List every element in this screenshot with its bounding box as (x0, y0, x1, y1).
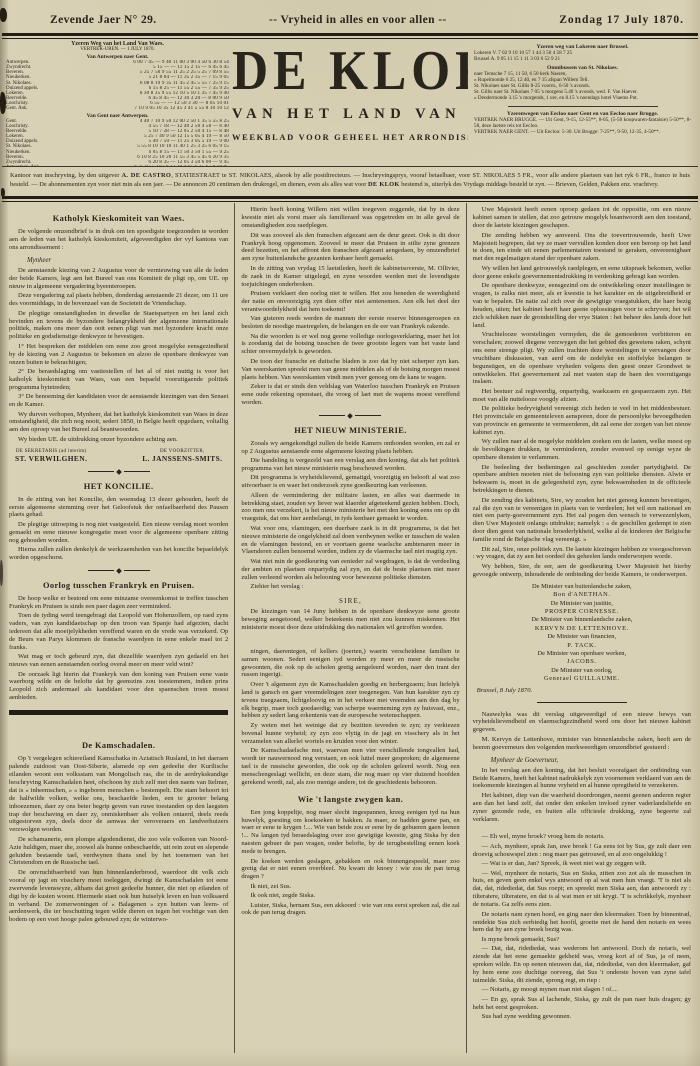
paragraph: Zooals wy aengekondigd zullen de beide K… (241, 440, 459, 456)
paragraph: De openbare denkwyze, eensgezind om de o… (473, 282, 691, 329)
paragraph: Op 't vergelegen schiereiland Kamschatka… (9, 755, 228, 834)
paragraph: M. Kervyn de Lettenhove, minister van bi… (473, 736, 691, 752)
minister-role: De Minister van binnenlandsche zaken, (473, 616, 691, 624)
paragraph: Wy willen het land getrouwelyk raedplege… (473, 265, 691, 281)
paragraph: 1° Het bespreken der middelen om eene zo… (9, 343, 228, 367)
paragraph: De hoop welke er bestond om eene minzame… (9, 595, 228, 611)
masthead: DE KLOK VAN HET LAND VAN WAES. WEEKBLAD … (232, 39, 468, 166)
paragraph: Van gisteren reeds werden de mannen der … (241, 315, 459, 331)
paragraph: De zending des kabinets, Sire, wy zouden… (473, 497, 691, 544)
minister-role: De Minister van openbare werken, (473, 650, 691, 658)
scan-artifact (0, 8, 7, 22)
timetable-row: Antwerpen. Ank.6 35 8 55 10 50 12 20 4 0… (6, 165, 229, 166)
paragraph: Pruisen verklaert den oorlog niet te wil… (241, 290, 459, 314)
newspaper-subtitle: VAN HET LAND VAN WAES. (232, 106, 468, 123)
column-3: Uwe Majesteit heeft eenen oproep gedaen … (466, 203, 697, 1053)
timetable-times: 6 35 8 55 10 50 12 20 4 05 6 15 6 50 10 … (134, 165, 229, 166)
imprint-rule (2, 196, 698, 202)
paragraph: De aenstaende kiezing van 2 Augustus voo… (9, 267, 228, 291)
article-heading: HET KONCILIE. (9, 482, 228, 491)
paragraph: Wy zullen naer al de mogelyke middelen z… (473, 438, 691, 462)
signature-block: DE SEKRETARIS (ad interim)ST. VERWILGHEN… (15, 449, 222, 463)
paragraph: — Wat is er dan, Jan? Spreek, ik weet ni… (473, 860, 691, 868)
minister-name: PROSPER CORNESSE. (473, 608, 691, 616)
railway-timetable: Yzeren Weg van het Land Van Waes. VERTRE… (3, 39, 232, 166)
paragraph: Dit zal, Sire, onze politiek zyn. De lae… (473, 546, 691, 562)
paragraph: Ziehier het verslag : (241, 583, 459, 591)
issue-header: Zevende Jaer N° 29. -- Vryheid in alles … (0, 0, 700, 31)
paragraph: Uwe Majesteit heeft eenen oproep gedaen … (473, 206, 691, 230)
minister-role: De Minister van financien, (473, 633, 691, 641)
paragraph: De volgende omzendbrief is in druk om te… (9, 228, 228, 252)
paragraph: Sus had zyne wedding gewonnen. (473, 1013, 691, 1021)
article-heading: Oorlog tusschen Frankryk en Pruisen. (9, 581, 228, 590)
paragraph: Ik ook niet, zegde Siska. (241, 892, 459, 900)
signature-right: DE VOORZITTER,L. JANSSENS-SMITS. (142, 449, 222, 463)
paragraph: De schamanerie, een plompe afgodendienst… (9, 836, 228, 868)
imprint-segment: DE KLOK (368, 181, 400, 188)
paragraph: In de zitting van vrydag 15 laetstleden,… (241, 265, 459, 289)
salutation: Mynheer de Goeverneur, (491, 757, 691, 764)
paragraph: Wy hebben, Sire, de eer, aen de goedkeur… (473, 563, 691, 579)
info-line: Brussel A. 9 05 11 15 1 11 3 03 6 52 9 2… (474, 57, 691, 63)
paragraph: Hierin heeft koning Willem niet willen t… (241, 206, 459, 230)
paragraph: De toon der fransche en duitsche bladen … (241, 358, 459, 382)
paragraph: De bedeeling der bedieningen zal geschie… (473, 464, 691, 496)
newspaper-title: DE KLOK (232, 42, 468, 99)
transport-info: Yzeren weg van Lokeren naer Brussel. Lok… (468, 39, 697, 166)
paragraph: Na die woorden is er wel nog geene volle… (241, 333, 459, 357)
dateline: Brussel, 8 July 1870. (477, 687, 691, 694)
paragraph: Zeker is dat er sinds den veldslag van W… (241, 383, 459, 407)
paragraph: Luister, Siska, hernam Sus, een akkoord … (241, 902, 459, 918)
paragraph: Ik niet, zei Sus. (241, 883, 459, 891)
minister-role: De Minister van justitie, (473, 600, 691, 608)
paragraph: — Eh wel, myne broek? vroeg hem de notar… (473, 833, 691, 841)
paragraph: In de zitting van het Koncilie, den woen… (9, 496, 228, 520)
paragraph: Wy bieden UE. de uitdrukking onzer byzon… (9, 436, 228, 444)
imprint: Kantoor van inschryving, by den uitgever… (0, 167, 700, 194)
info-divider (508, 106, 658, 107)
timetable-down-rows: Antwerpen.6 00 7 45 — 9 40 11 00 3 00 4 … (6, 60, 229, 112)
timetable-subtitle: VERTREK-UREN. — 1 JULY 1870. (6, 47, 229, 53)
paragraph: — Dat, dat, ridediedat, was wederom het … (473, 945, 691, 985)
issue-number: Zevende Jaer N° 29. (50, 14, 157, 26)
timetable-row: Gent. Ank.7 10 9 05 10 35 12 45 3 41 5 5… (6, 106, 229, 111)
paragraph: — Wel, mynheer de notaris, Sus en Siska,… (473, 870, 691, 910)
ornament-divider (9, 470, 228, 474)
info-section-lines: naer Temsche 7 15, 11 50, 6 50 kerk Naer… (474, 72, 691, 102)
article-heading: HET NIEUW MINISTERIE. (241, 426, 459, 435)
paragraph: Dit was zooveel als den franschen afgeza… (241, 232, 459, 264)
newspaper-tagline: WEEKBLAD VOOR GEHEEL HET ARRONDISSEMENT. (232, 133, 468, 142)
paragraph: Over 't algemeen zyn de Kamschadalen goe… (241, 681, 459, 721)
paragraph: De oorzaek ligt hierin dat Frankryk van … (9, 671, 228, 703)
paragraph: De Kamschadaelsche mei, waervan men vier… (241, 747, 459, 787)
signature-left: DE SEKRETARIS (ad interim)ST. VERWILGHEN… (15, 449, 87, 463)
imprint-segment: bestemd is, uiterlyk des Vrydags middags… (400, 181, 659, 188)
signature-name: ST. VERWILGHEN. (15, 454, 87, 463)
info-section-lines: Lokeren V. 7 02 9 10 10 57 1 44 3 50 4 5… (474, 51, 691, 63)
info-line: VERTREK NAER GENT. — Uit Eecloo: 5-30. U… (474, 130, 691, 136)
article-heading: De Kamschadalen. (9, 741, 228, 750)
paragraph: — Ach, mynheer, sprak Jan, uwe broek ! G… (473, 843, 691, 859)
paragraph: Is myne broek gemaekt, Sus? (473, 936, 691, 944)
feuilleton-bar (9, 710, 228, 715)
minister-role: De Minister van buitenlandsche zaken, (473, 583, 691, 591)
imprint-segment: Kantoor van inschryving, by den uitgever (10, 172, 122, 179)
signature-name: L. JANSSENS-SMITS. (142, 454, 222, 463)
paragraph: Die handeling is vergezeld van een versl… (241, 457, 459, 473)
scan-artifact (1, 188, 5, 197)
paragraph: De notaris nam zynen hoed, en ging naer … (473, 911, 691, 935)
paragraph: Vruchtelooze worstelingen vermyden, die … (473, 331, 691, 386)
paragraph: — Notaris, gy moogt mynen man niet slage… (473, 986, 691, 994)
info-line: » Dendermonde 3.15 's morgends, 1 ure, e… (474, 96, 691, 102)
timetable-up-rows: Gent.4 40 7 10 9 50 12 00 2 50 1 35 5 55… (6, 119, 229, 166)
minister-name: KERVYN DE LETTENHOVE. (473, 625, 691, 633)
paragraph: Zy weten met het weinige dat zy bezitten… (241, 722, 459, 746)
paragraph: 3° De benoeming der kandidaten voor de a… (9, 393, 228, 409)
issue-date: Zondag 17 July 1870. (559, 14, 684, 26)
ornament-divider (9, 569, 228, 573)
newspaper-page: Zevende Jaer N° 29. -- Vryheid in alles … (0, 0, 700, 1066)
paragraph: De plegtige omstandigheden in dewelke de… (9, 310, 228, 342)
info-section-lines: VERTREK NAER BRUGGE. — Uit Gent, 9-15, 1… (474, 118, 691, 136)
scan-artifact (0, 92, 6, 114)
minister-name: Generael GUILLAUME. (473, 675, 691, 683)
minister-name: P. TACK. (473, 642, 691, 650)
column-2: Hierin heeft koning Willem niet willen t… (234, 203, 465, 1053)
timetable-times: 7 10 9 05 10 35 12 45 3 41 5 55 8 30 10 … (134, 106, 229, 111)
scan-artifact (0, 560, 3, 586)
paragraph: Dit programma is vryheidslievend, gemati… (241, 474, 459, 490)
article-heading: Wie 't langste zwygen kan. (241, 795, 459, 804)
paragraph: Alleen de vermindering der militaire las… (241, 492, 459, 524)
article-heading: Katholyk Kieskomiteit van Waes. (9, 214, 228, 223)
imprint-segment: A. DE CASTRO (122, 172, 172, 179)
paragraph: Deze vergadering zal plaets hebben, dond… (9, 292, 228, 308)
sire-heading: SIRE, (241, 597, 459, 605)
rule-divider (537, 702, 627, 703)
paragraph: Toen de tyding werd teengebragt dat Leop… (9, 612, 228, 652)
column-1: Katholyk Kieskomiteit van Waes.De volgen… (3, 203, 234, 1053)
minister-list: De Minister van buitenlandsche zaken,Bon… (473, 583, 691, 684)
paragraph: ningen, daerentegen, of kellers (joerten… (241, 648, 459, 680)
paragraph: De plegtige uitroeping is nog niet vastg… (9, 521, 228, 545)
paragraph: De koeken werden geslagen, gebakken en o… (241, 858, 459, 882)
motto: -- Vryheid in alles en voor allen -- (157, 14, 560, 26)
minister-name: Bon d'ANETHAN. (473, 591, 691, 599)
paragraph: Nauwelyks was dit verslag uitgeveerdigd … (473, 711, 691, 735)
signature-role: DE SEKRETARIS (ad interim) (15, 449, 87, 454)
paragraph: Het bestuer zal regtveerdig, onpartydig,… (473, 388, 691, 404)
paragraph: De kiezingen van 14 Juny hebben in de op… (241, 608, 459, 632)
paragraph: Wy durven verhopen, Mynheer, dat het kat… (9, 411, 228, 435)
minister-name: JACOBS. (473, 658, 691, 666)
paragraph: 2° De beraedslaging om vasttestellen of … (9, 368, 228, 392)
paragraph: Wat mag er toch gebeurd zyn, dat diezelf… (9, 653, 228, 669)
article-columns: Katholyk Kieskomiteit van Waes.De volgen… (0, 203, 700, 1053)
minister-role: De Minister van oorlog, (473, 667, 691, 675)
paragraph: Wat niet min de goedkeuring van eenieder… (241, 558, 459, 582)
paragraph: Een jong koppeltje, nog maer slecht inge… (241, 809, 459, 856)
paragraph: Het kabinet, diep van die waerheid doord… (473, 792, 691, 824)
paragraph: In het verslag aen den koning, dat het b… (473, 767, 691, 791)
paragraph: Hierna zullen zullen denkelyk de werkzae… (9, 546, 228, 562)
ornament-divider (241, 414, 459, 418)
paragraph: Die zending hebben wy aenveerd. Ons die … (473, 232, 691, 264)
masthead-zone: Yzeren Weg van het Land Van Waes. VERTRE… (0, 39, 700, 166)
paragraph: De politieke bedryvigheid vereenigt zich… (473, 405, 691, 437)
paragraph: — En gy, sprak Sus al lachende, Siska, g… (473, 996, 691, 1012)
timetable-station: Antwerpen. Ank. (6, 165, 40, 166)
timetable-station: Gent. Ank. (6, 106, 28, 111)
paragraph: Wat voor ons, vlamingen, een duerbare za… (241, 525, 459, 557)
paragraph: De onvruchtbaerheid van hun binnenlander… (9, 869, 228, 924)
salutation: Mynheer (27, 257, 228, 264)
